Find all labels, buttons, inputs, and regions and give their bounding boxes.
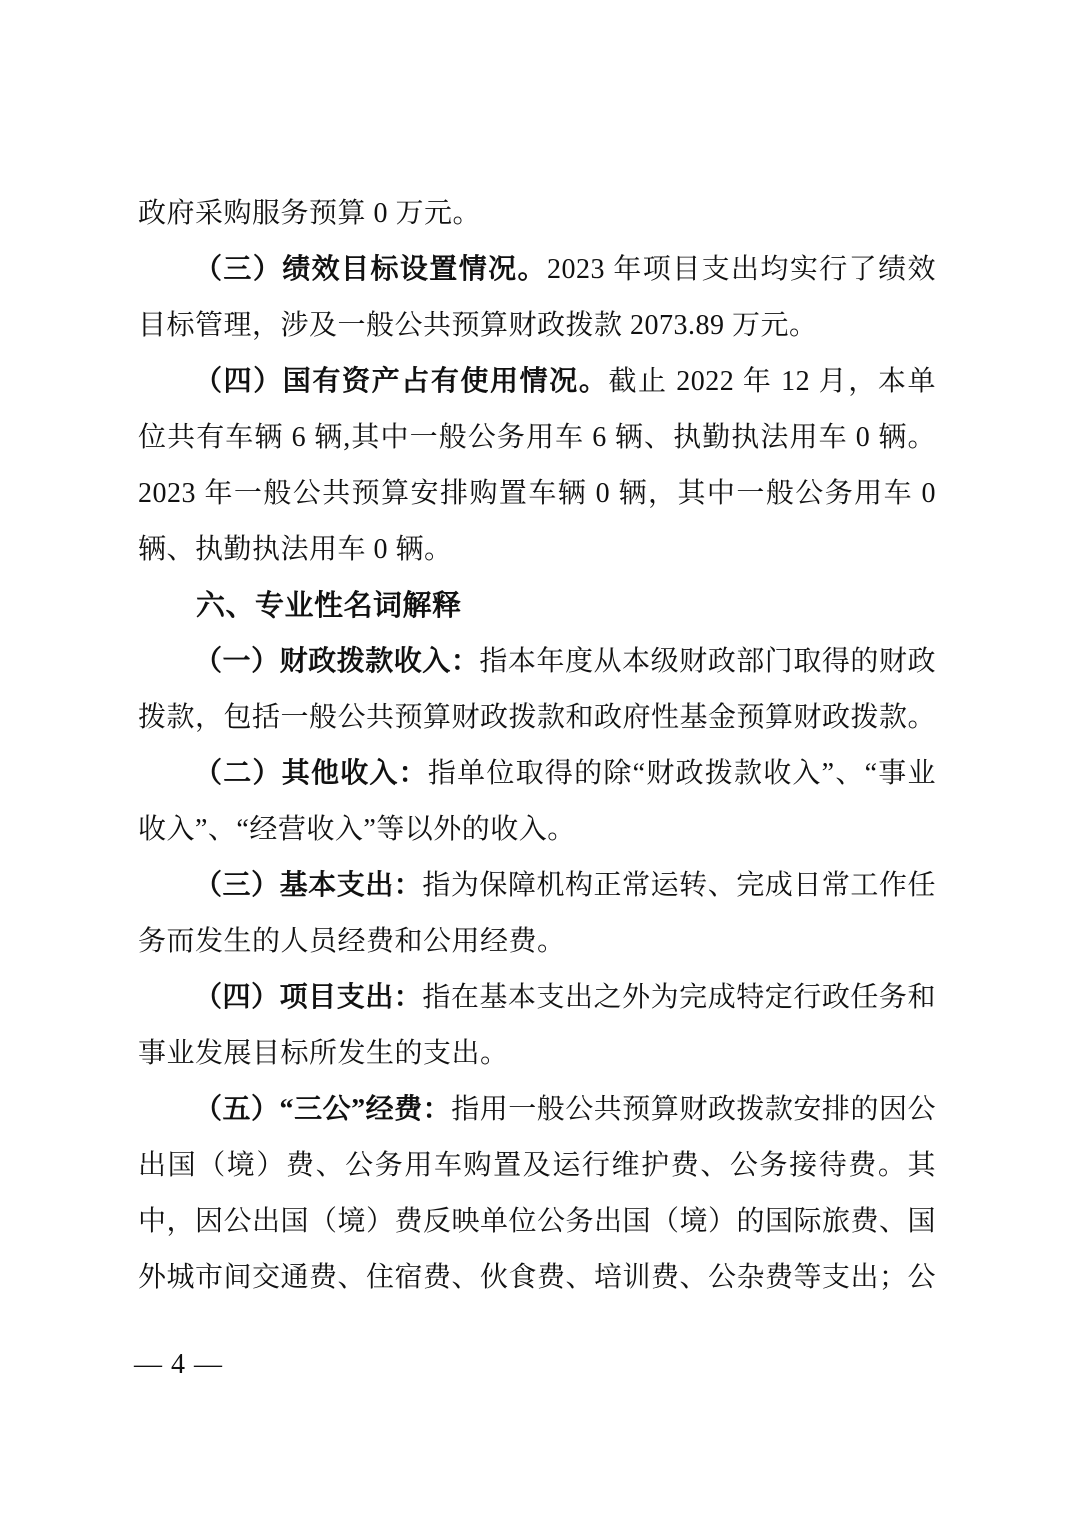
- page-number: — 4 —: [134, 1348, 223, 1382]
- text-run-bold: （三）绩效目标设置情况。: [194, 254, 547, 285]
- text-run-bold: （三）基本支出：: [194, 870, 422, 901]
- text-run-bold: （一）财政拨款收入：: [194, 646, 479, 677]
- text-run-bold: （四）项目支出：: [194, 982, 422, 1013]
- paragraph: （三）绩效目标设置情况。2023 年项目支出均实行了绩效目标管理，涉及一般公共预…: [138, 242, 936, 354]
- section-heading: 六、专业性名词解释: [138, 578, 936, 634]
- paragraph: （二）其他收入：指单位取得的除“财政拨款收入”、“事业收入”、“经营收入”等以外…: [138, 746, 936, 858]
- text-run-bold: （二）其他收入：: [194, 758, 428, 789]
- paragraph: （一）财政拨款收入：指本年度从本级财政部门取得的财政拨款，包括一般公共预算财政拨…: [138, 634, 936, 746]
- text-run-bold: （五）“三公”经费：: [194, 1094, 451, 1125]
- paragraph: （三）基本支出：指为保障机构正常运转、完成日常工作任务而发生的人员经费和公用经费…: [138, 858, 936, 970]
- text-run: 政府采购服务预算 0 万元。: [138, 198, 481, 229]
- paragraph: （四）项目支出：指在基本支出之外为完成特定行政任务和事业发展目标所发生的支出。: [138, 970, 936, 1082]
- document-body: 政府采购服务预算 0 万元。（三）绩效目标设置情况。2023 年项目支出均实行了…: [138, 186, 936, 1306]
- paragraph: （五）“三公”经费：指用一般公共预算财政拨款安排的因公出国（境）费、公务用车购置…: [138, 1082, 936, 1306]
- document-page: 政府采购服务预算 0 万元。（三）绩效目标设置情况。2023 年项目支出均实行了…: [0, 0, 1074, 1520]
- paragraph: 政府采购服务预算 0 万元。: [138, 186, 936, 242]
- text-run-bold: 六、专业性名词解释: [196, 590, 462, 622]
- paragraph: （四）国有资产占有使用情况。截止 2022 年 12 月，本单位共有车辆 6 辆…: [138, 354, 936, 578]
- text-run-bold: （四）国有资产占有使用情况。: [194, 366, 608, 397]
